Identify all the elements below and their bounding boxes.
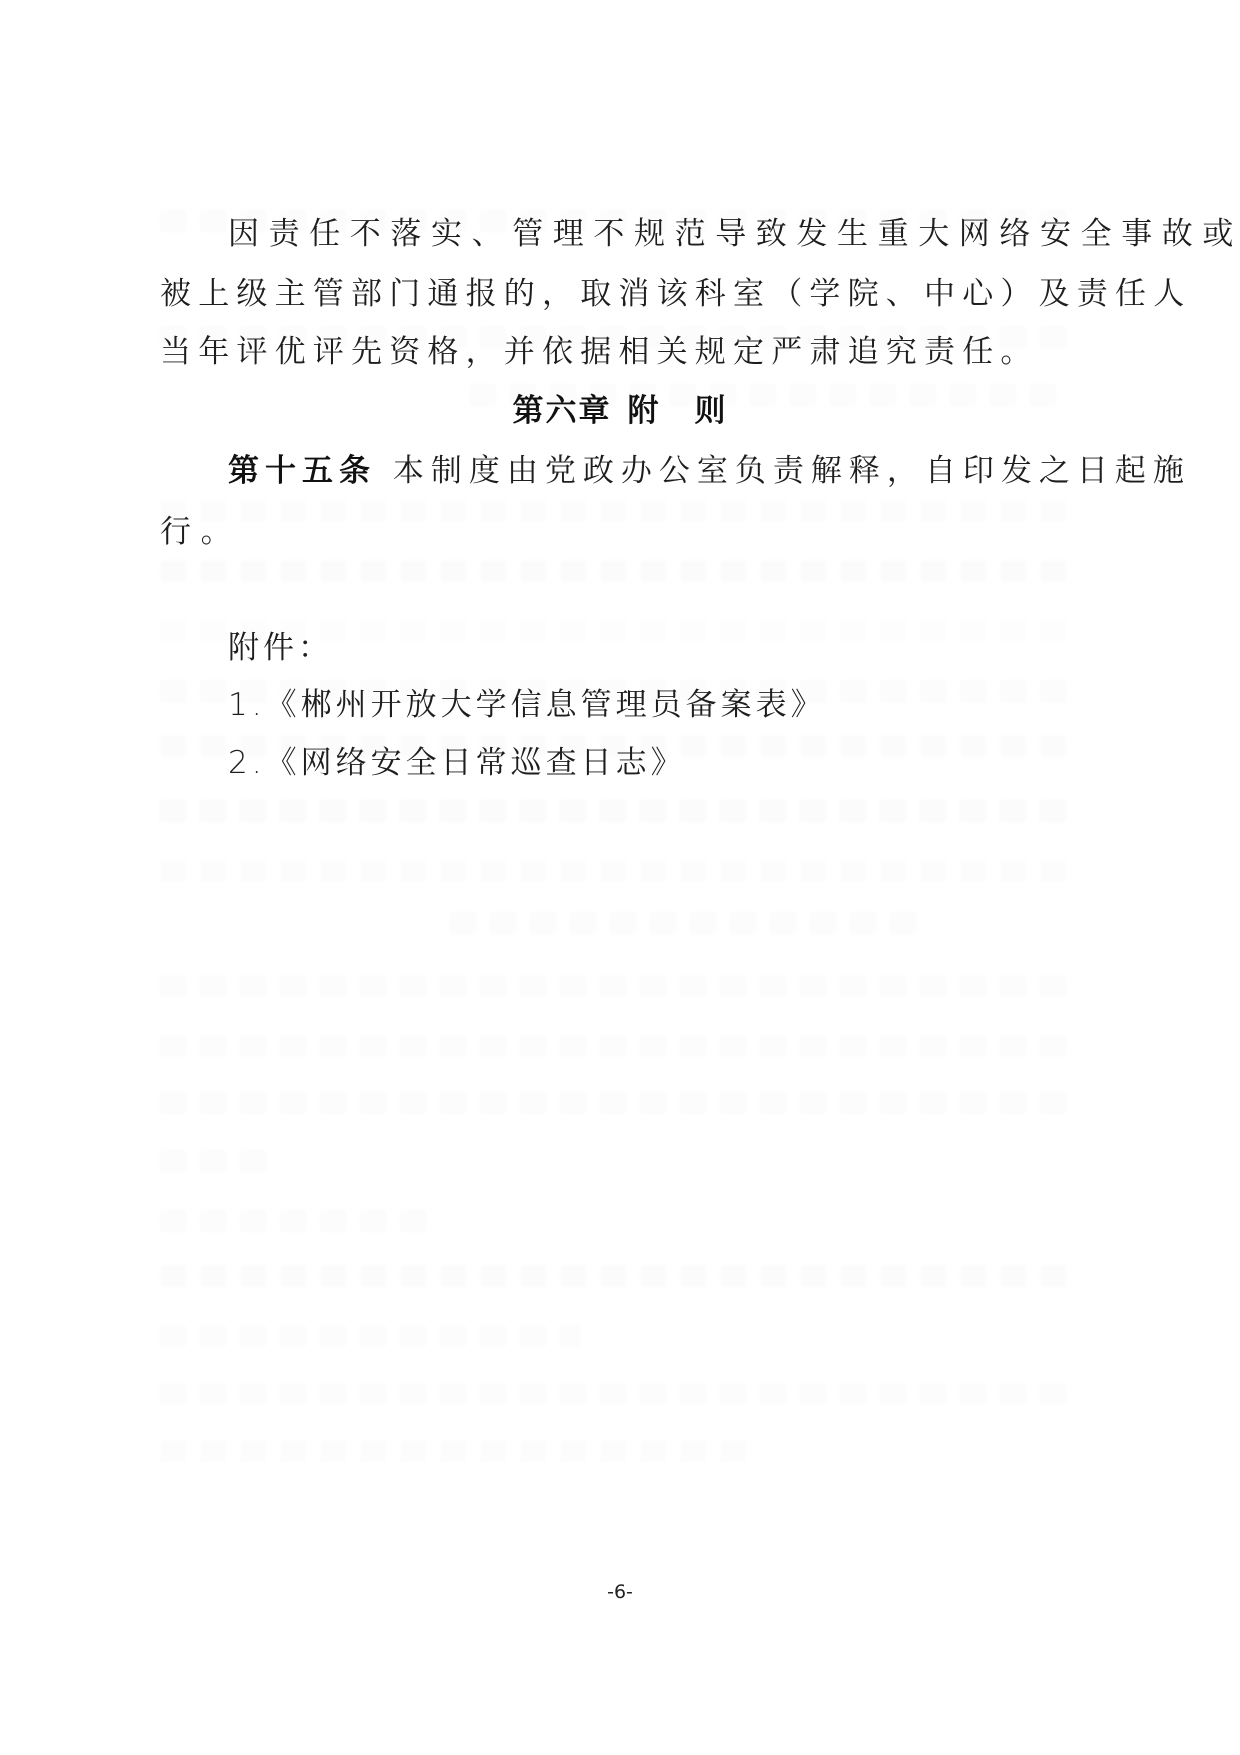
show-through-texture [160,800,1080,822]
page-number: -6- [0,1580,1240,1604]
show-through-texture [160,1210,440,1232]
chapter-title-part-1: 附 [628,393,661,429]
chapter-title-part-2: 则 [695,393,728,429]
article-15-line-2: 行。 [160,512,241,552]
article-15-text: 本制度由党政办公室负责解释，自印发之日起施 [393,453,1191,489]
article-number: 第十五条 [228,453,376,489]
show-through-texture [160,1383,1080,1405]
show-through-texture [160,1440,760,1462]
chapter-number: 第六章 [513,393,612,429]
document-page: 因责任不落实、管理不规范导致发生重大网络安全事故或 被上级主管部门通报的，取消该… [0,0,1240,1755]
body-paragraph-line-1: 因责任不落实、管理不规范导致发生重大网络安全事故或 [228,214,1240,254]
show-through-texture [160,975,1080,997]
show-through-texture [160,1150,280,1172]
show-through-texture [160,1092,1080,1114]
attachment-item-1: 1.《郴州开放大学信息管理员备案表》 [228,685,826,725]
show-through-texture [160,1265,1080,1287]
show-through-texture [160,1325,580,1347]
body-paragraph-line-3: 当年评优评先资格，并依据相关规定严肃追究责任。 [160,332,1039,372]
show-through-texture [160,500,1080,522]
attachments-label: 附件： [228,628,333,668]
show-through-texture [450,912,930,934]
show-through-texture [160,1035,1080,1057]
body-paragraph-line-2: 被上级主管部门通报的，取消该科室（学院、中心）及责任人 [160,274,1191,314]
show-through-texture [160,560,1080,582]
attachment-item-2: 2.《网络安全日常巡查日志》 [228,743,686,783]
chapter-heading: 第六章附则 [0,391,1240,431]
article-15-line-1: 第十五条 本制度由党政办公室负责解释，自印发之日起施 [228,451,1191,491]
show-through-texture [160,860,1080,882]
